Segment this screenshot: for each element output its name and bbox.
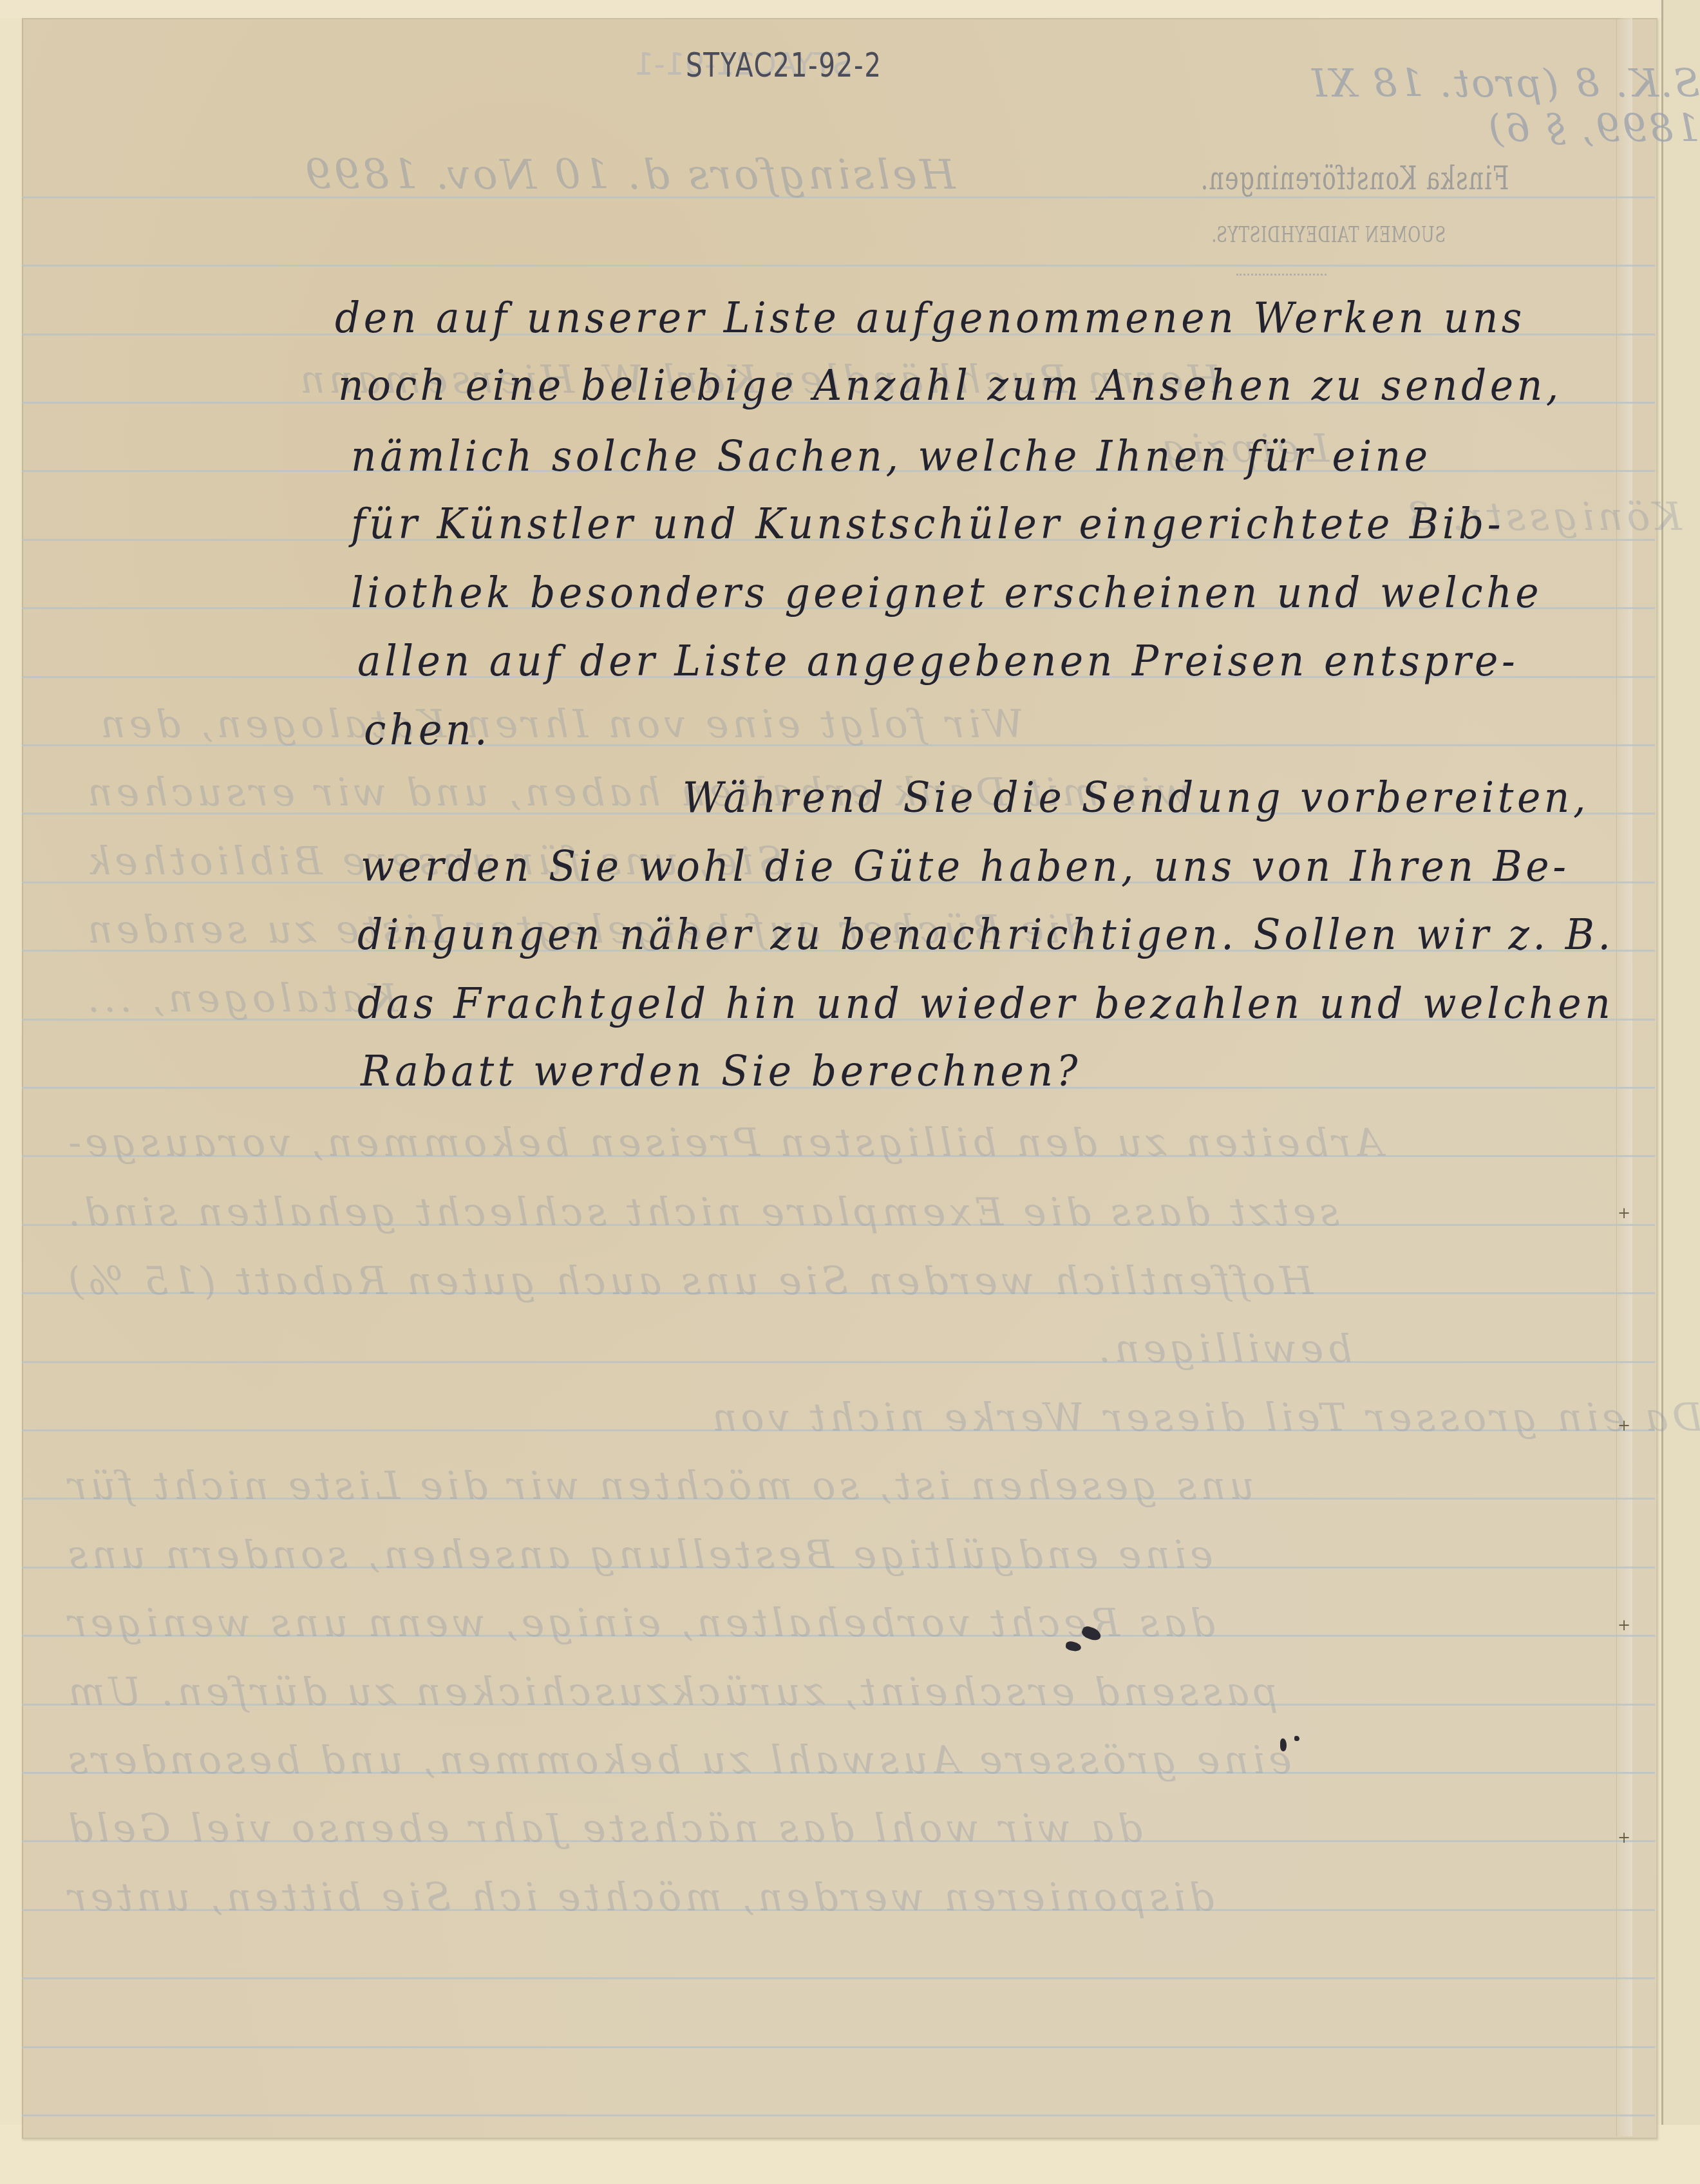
letter-line: für Künstler und Kunstschüler eingericht… bbox=[351, 499, 1504, 549]
letter-line: den auf unserer Liste aufgenommenen Werk… bbox=[335, 293, 1525, 343]
letter-line: liothek besonders geeignet erscheinen un… bbox=[351, 568, 1542, 617]
ink-blot bbox=[1280, 1738, 1287, 1751]
letter-body: den auf unserer Liste aufgenommenen Werk… bbox=[0, 0, 1700, 2184]
edge-tick-mark: + bbox=[1618, 1616, 1630, 1634]
letter-line: das Frachtgeld hin und wieder bezahlen u… bbox=[357, 979, 1614, 1028]
letter-line: Rabatt werden Sie berechnen? bbox=[361, 1046, 1081, 1096]
letter-line: dingungen näher zu benachrichtigen. Soll… bbox=[357, 910, 1614, 959]
edge-tick-mark: + bbox=[1618, 1204, 1630, 1222]
letter-line: nämlich solche Sachen, welche Ihnen für … bbox=[351, 431, 1431, 481]
letter-line: chen. bbox=[364, 705, 491, 755]
edge-tick-mark: + bbox=[1618, 1417, 1630, 1435]
edge-tick-mark: + bbox=[1618, 1829, 1630, 1847]
letter-line: werden Sie wohl die Güte haben, uns von … bbox=[361, 842, 1569, 891]
letter-line: Während Sie die Sendung vorbereiten, bbox=[683, 773, 1589, 822]
letter-line: noch eine beliebige Anzahl zum Ansehen z… bbox=[338, 361, 1562, 410]
ink-blot bbox=[1294, 1736, 1299, 1741]
letter-line: allen auf der Liste angegebenen Preisen … bbox=[357, 636, 1518, 686]
